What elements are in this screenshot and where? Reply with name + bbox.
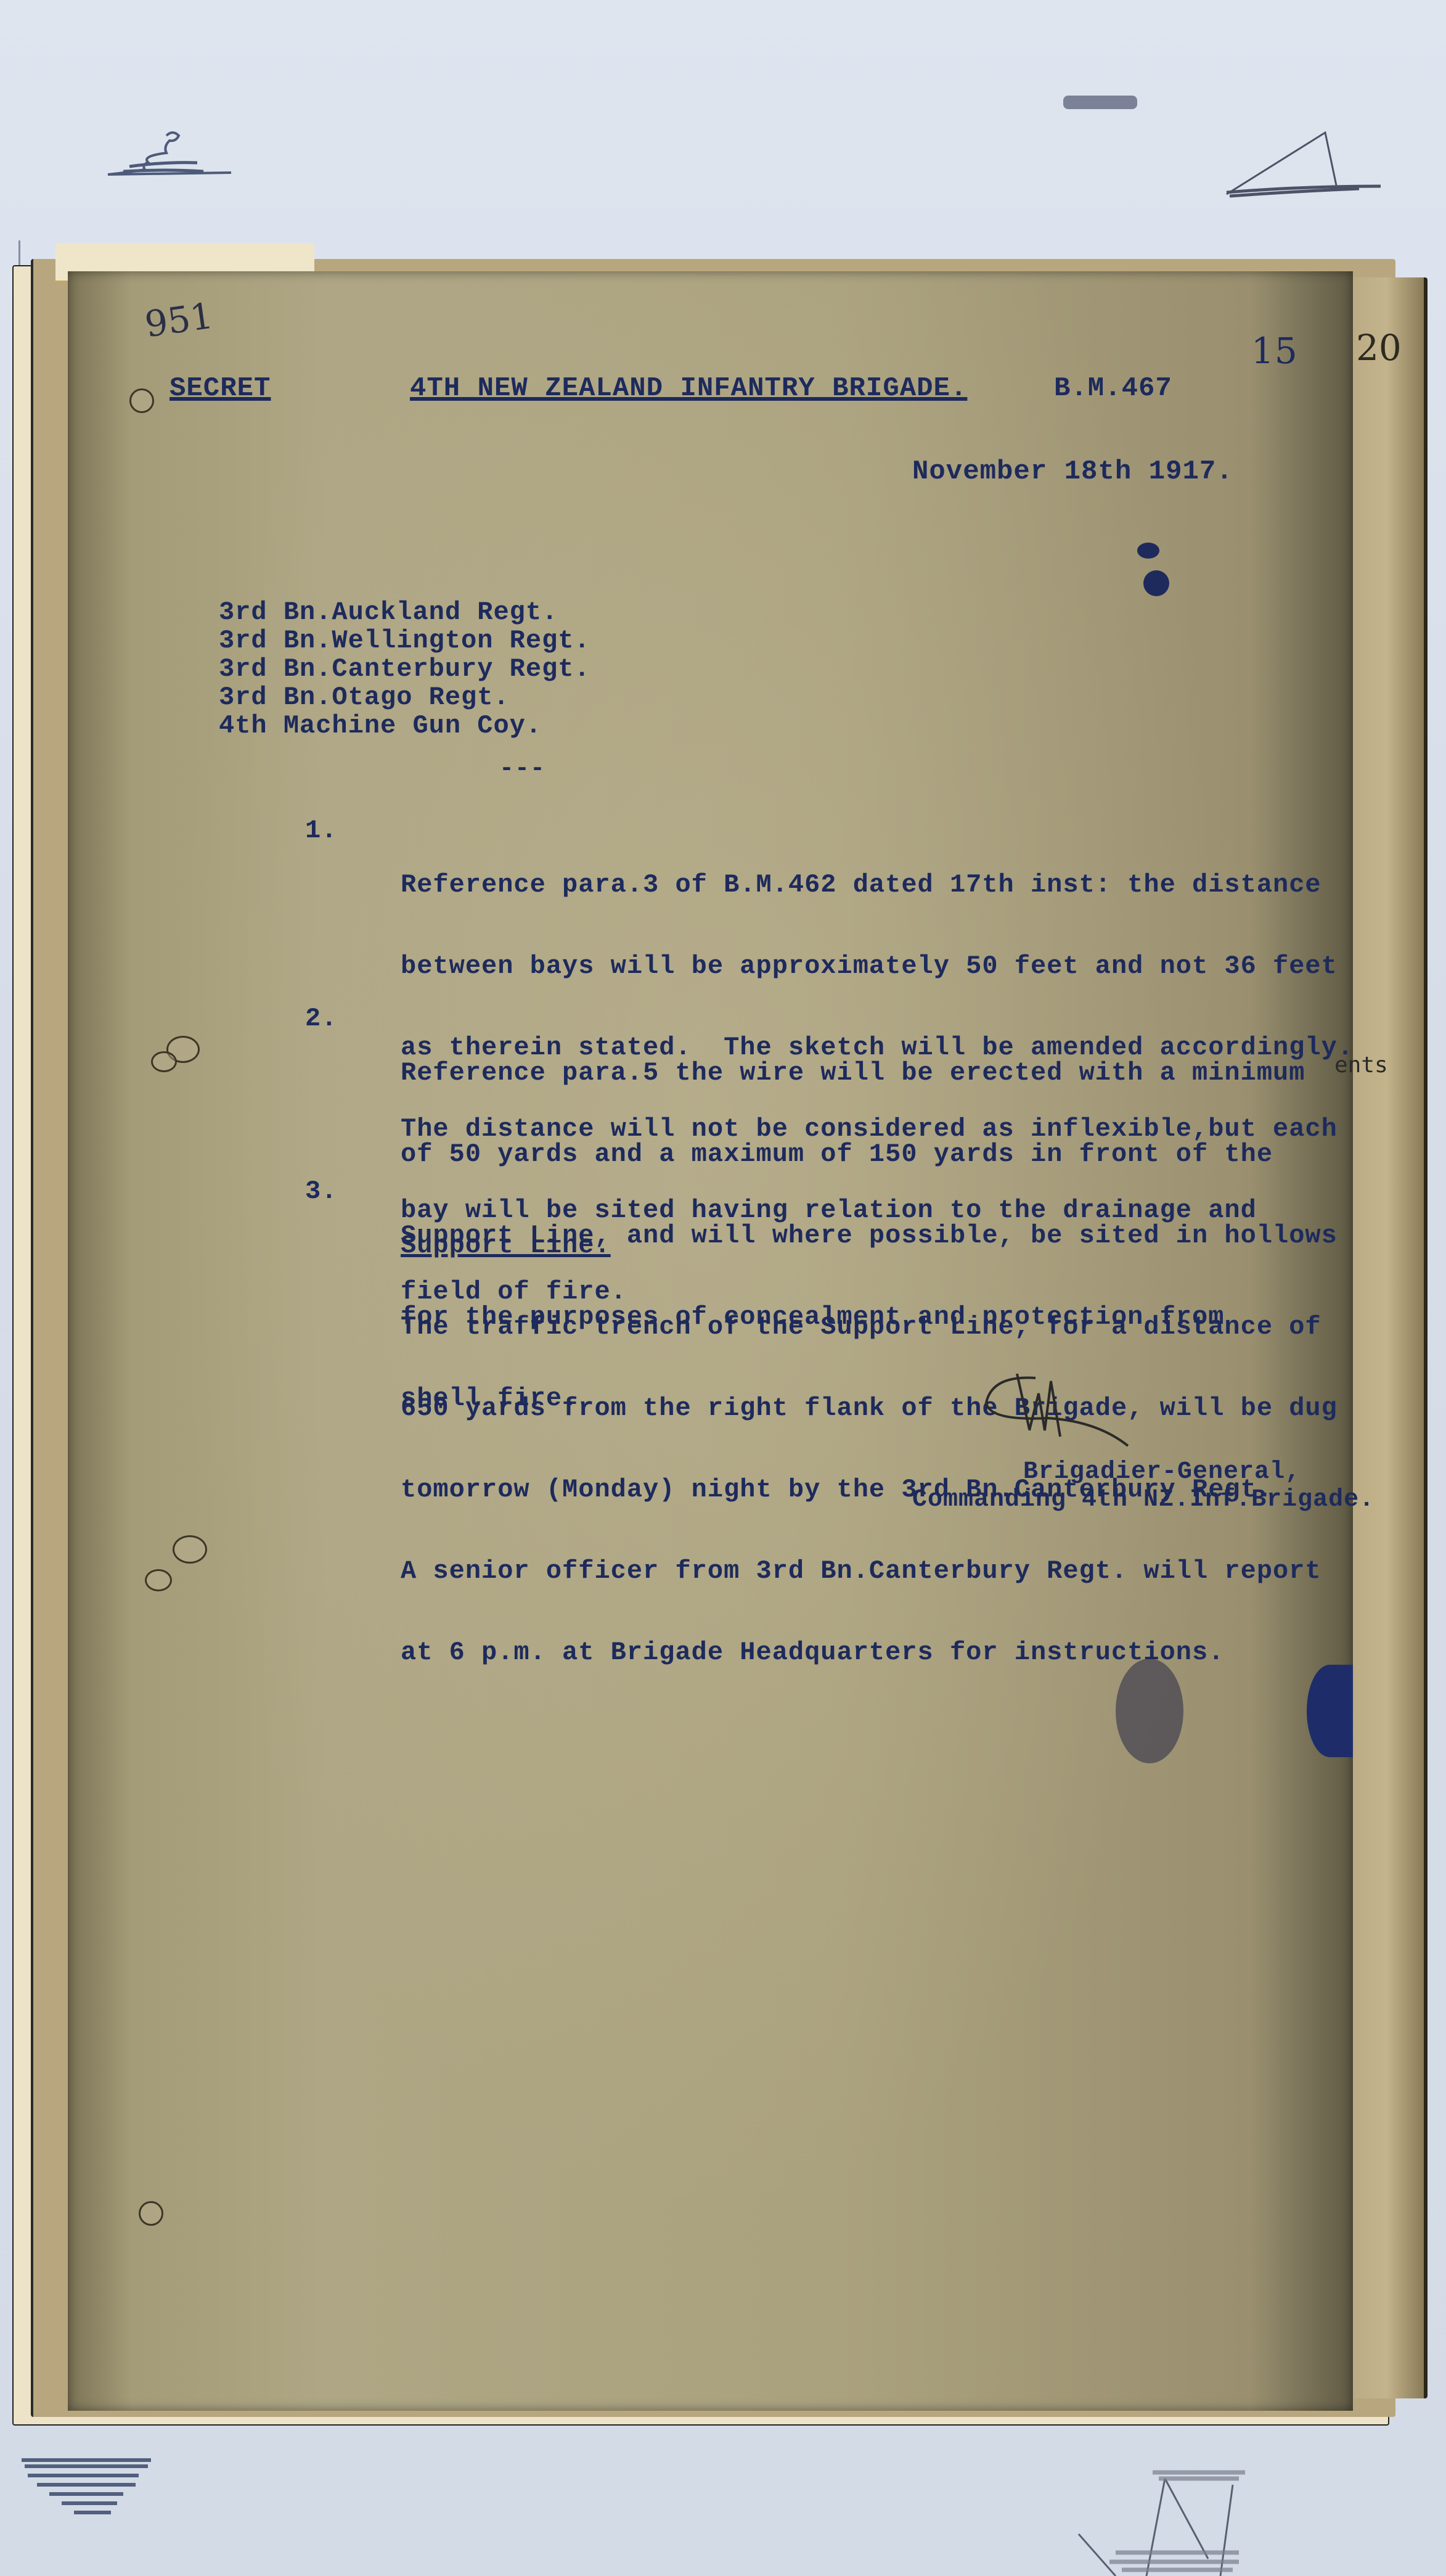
punch-hole: [139, 2201, 163, 2226]
punch-hole: [173, 1535, 207, 1564]
reference-number: B.M.467: [1054, 373, 1172, 404]
addressee: 3rd Bn.Canterbury Regt.: [219, 655, 590, 683]
classification-label: SECRET: [170, 373, 271, 404]
text-line: of 50 yards and a maximum of 150 yards i…: [401, 1141, 1356, 1168]
addressee: 3rd Bn.Otago Regt.: [219, 683, 590, 712]
letter-date: November 18th 1917.: [912, 456, 1233, 487]
paragraph-number: 2.: [305, 1005, 337, 1032]
pencil-mark-bottom-left: [18, 2451, 160, 2525]
paragraph-heading: Support Line.: [401, 1232, 1356, 1259]
signatory-title: Brigadier-General,: [1023, 1458, 1301, 1486]
text-line: at 6 p.m. at Brigade Headquarters for in…: [401, 1639, 1356, 1666]
text-line: 650 yards from the right flank of the Br…: [401, 1395, 1356, 1422]
text-line: between bays will be approximately 50 fe…: [401, 953, 1356, 980]
signatory-command: Commanding 4th NZ.Inf.Brigade.: [912, 1486, 1375, 1514]
addressee-list: 3rd Bn.Auckland Regt. 3rd Bn.Wellington …: [219, 598, 590, 740]
unit-title: 4TH NEW ZEALAND INFANTRY BRIGADE.: [410, 373, 967, 404]
pencil-mark-top-left: [105, 123, 240, 185]
addressee: 3rd Bn.Wellington Regt.: [219, 626, 590, 655]
pencil-mark-top-center: [1063, 96, 1137, 109]
paragraph-number: 1.: [305, 817, 337, 844]
addressee: 3rd Bn.Auckland Regt.: [219, 598, 590, 626]
handwritten-signature: [980, 1369, 1177, 1455]
main-document-page: 951 15 SECRET 4TH NEW ZEALAND INFANTRY B…: [68, 271, 1353, 2411]
text-line: The traffic trench of the Support Line, …: [401, 1313, 1356, 1340]
paragraph-body: Support Line. The traffic trench of the …: [401, 1178, 1356, 1720]
ink-stain: [1307, 1665, 1353, 1757]
folio-number-top-right: 15: [1251, 330, 1298, 372]
ink-blot: [1137, 543, 1159, 559]
pencil-triangle-bottom-right: [1029, 2460, 1338, 2576]
addressee: 4th Machine Gun Coy.: [219, 712, 590, 740]
text-line: A senior officer from 3rd Bn.Canterbury …: [401, 1557, 1356, 1585]
ink-blot: [1143, 570, 1169, 596]
pencil-triangle-top-right: [1220, 123, 1393, 203]
margin-note: ents: [1334, 1052, 1388, 1078]
text-line: Reference para.3 of B.M.462 dated 17th i…: [401, 871, 1356, 898]
underlying-folio-number: 20: [1356, 327, 1402, 369]
folio-number-top-left: 951: [142, 295, 216, 346]
paragraph-number: 3.: [305, 1178, 337, 1205]
punch-hole: [151, 1051, 177, 1072]
punch-hole: [129, 388, 154, 413]
punch-hole: [145, 1569, 172, 1591]
text-line: Reference para.5 the wire will be erecte…: [401, 1059, 1356, 1086]
separator: ---: [499, 755, 545, 783]
ink-stain: [1116, 1659, 1183, 1763]
